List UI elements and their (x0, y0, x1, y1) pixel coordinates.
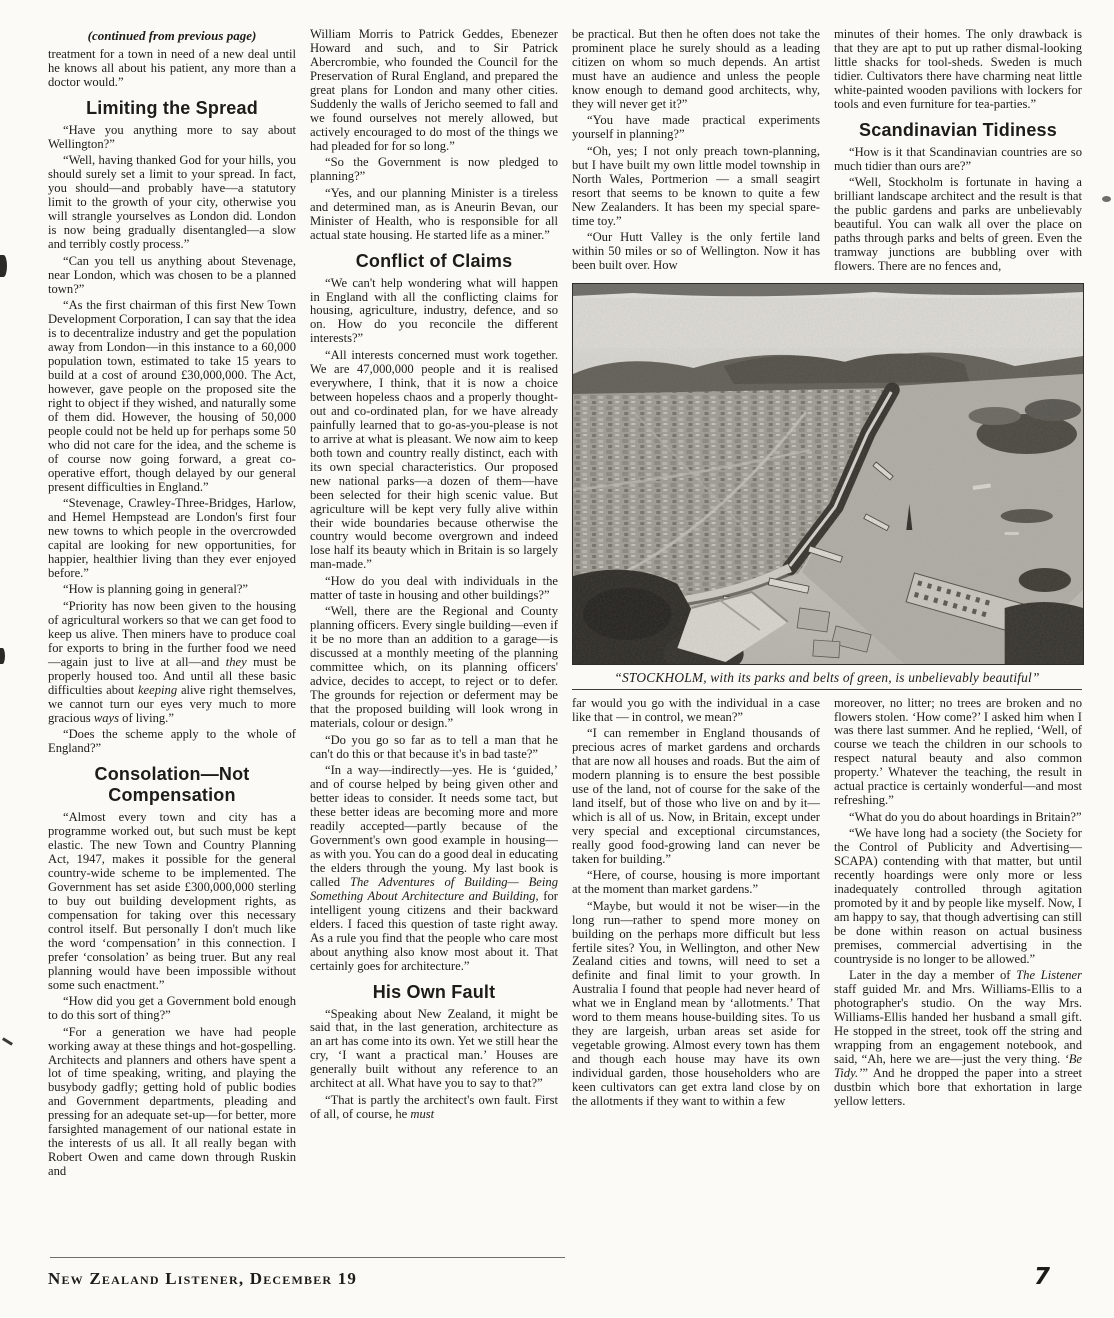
column-1: (continued from previous page)treatment … (48, 28, 296, 1182)
article-paragraph: “Almost every town and city has a progra… (48, 811, 296, 993)
article-paragraph: “Speaking about New Zealand, it might be… (310, 1008, 558, 1092)
article-paragraph: “How do you deal with individuals in the… (310, 575, 558, 603)
article-paragraph: “How did you get a Government bold enoug… (48, 995, 296, 1023)
page-footer: New Zealand Listener, December 19 7 (48, 1264, 1084, 1290)
column-3-bottom: far would you go with the individual in … (572, 697, 820, 1112)
section-heading: Limiting the Spread (48, 98, 296, 119)
photo-caption: “STOCKHOLM, with its parks and belts of … (572, 670, 1082, 686)
article-paragraph: “Have you anything more to say about Wel… (48, 124, 296, 152)
article-paragraph: “What do you do about hoardings in Brita… (834, 811, 1082, 825)
right-half: be practical. But then he often does not… (572, 28, 1082, 1182)
article-paragraph: “I can remember in England thousands of … (572, 727, 820, 867)
magazine-page: (continued from previous page)treatment … (0, 0, 1114, 1318)
article-paragraph: “Stevenage, Crawley-Three-Bridges, Harlo… (48, 497, 296, 581)
article-paragraph: “Does the scheme apply to the whole of E… (48, 728, 296, 756)
article-paragraph: “How is it that Scandinavian countries a… (834, 146, 1082, 174)
scan-artifact (0, 255, 7, 277)
continued-note: (continued from previous page) (48, 28, 296, 44)
section-heading: His Own Fault (310, 982, 558, 1003)
article-paragraph: “You have made practical experiments you… (572, 114, 820, 142)
article-paragraph: “In a way—indirectly—yes. He is ‘guided,… (310, 764, 558, 974)
article-paragraph: be practical. But then he often does not… (572, 28, 820, 112)
article-paragraph: “Priority has now been given to the hous… (48, 600, 296, 726)
scan-artifact (0, 648, 5, 664)
article-paragraph: minutes of their homes. The only drawbac… (834, 28, 1082, 112)
article-columns: (continued from previous page)treatment … (48, 28, 1082, 1182)
article-paragraph: “We can't help wondering what will happe… (310, 277, 558, 347)
column-2: William Morris to Patrick Geddes, Ebenez… (310, 28, 558, 1182)
article-paragraph: Later in the day a member of The Listene… (834, 969, 1082, 1109)
article-paragraph: “Our Hutt Valley is the only fertile lan… (572, 231, 820, 273)
article-paragraph: moreover, no litter; no trees are broken… (834, 697, 1082, 809)
scan-artifact (2, 1037, 13, 1045)
article-paragraph: “How is planning going in general?” (48, 583, 296, 597)
column-4-bottom: moreover, no litter; no trees are broken… (834, 697, 1082, 1112)
article-paragraph: “Can you tell us anything about Stevenag… (48, 255, 296, 297)
column-3-top: be practical. But then he often does not… (572, 28, 820, 277)
stockholm-aerial-photo: “STOCKHOLM, with its parks and belts of … (572, 283, 1082, 690)
article-paragraph: “Well, Stockholm is fortunate in having … (834, 176, 1082, 274)
scan-artifact (1102, 196, 1111, 202)
article-paragraph: “All interests concerned must work toget… (310, 349, 558, 573)
article-paragraph: far would you go with the individual in … (572, 697, 820, 725)
footer-rule (50, 1257, 565, 1258)
article-paragraph: “Yes, and our planning Minister is a tir… (310, 187, 558, 243)
article-paragraph: “Here, of course, housing is more import… (572, 869, 820, 897)
section-heading: Consolation—Not Compensation (48, 764, 296, 806)
article-paragraph: “Maybe, but would it not be wiser—in the… (572, 900, 820, 1110)
article-paragraph: treatment for a town in need of a new de… (48, 48, 296, 90)
caption-divider (572, 689, 1082, 690)
journal-footline: New Zealand Listener, December 19 (48, 1269, 357, 1289)
article-paragraph: “Well, having thanked God for your hills… (48, 154, 296, 252)
section-heading: Scandinavian Tidiness (834, 120, 1082, 141)
article-paragraph: “So the Government is now pledged to pla… (310, 156, 558, 184)
article-paragraph: “That is partly the architect's own faul… (310, 1094, 558, 1122)
section-heading: Conflict of Claims (310, 251, 558, 272)
right-bottom-row: far would you go with the individual in … (572, 697, 1082, 1112)
article-paragraph: “We have long had a society (the Society… (834, 827, 1082, 967)
article-paragraph: “Well, there are the Regional and County… (310, 605, 558, 731)
article-paragraph: “As the first chairman of this first New… (48, 299, 296, 495)
article-paragraph: “Oh, yes; I not only preach town-plannin… (572, 145, 820, 229)
right-top-row: be practical. But then he often does not… (572, 28, 1082, 277)
stockholm-photo-image (572, 283, 1084, 665)
article-paragraph: William Morris to Patrick Geddes, Ebenez… (310, 28, 558, 154)
column-4-top: minutes of their homes. The only drawbac… (834, 28, 1082, 277)
page-number: 7 (1034, 1264, 1050, 1290)
article-paragraph: “Do you go so far as to tell a man that … (310, 734, 558, 762)
article-paragraph: “For a generation we have had people wor… (48, 1026, 296, 1180)
